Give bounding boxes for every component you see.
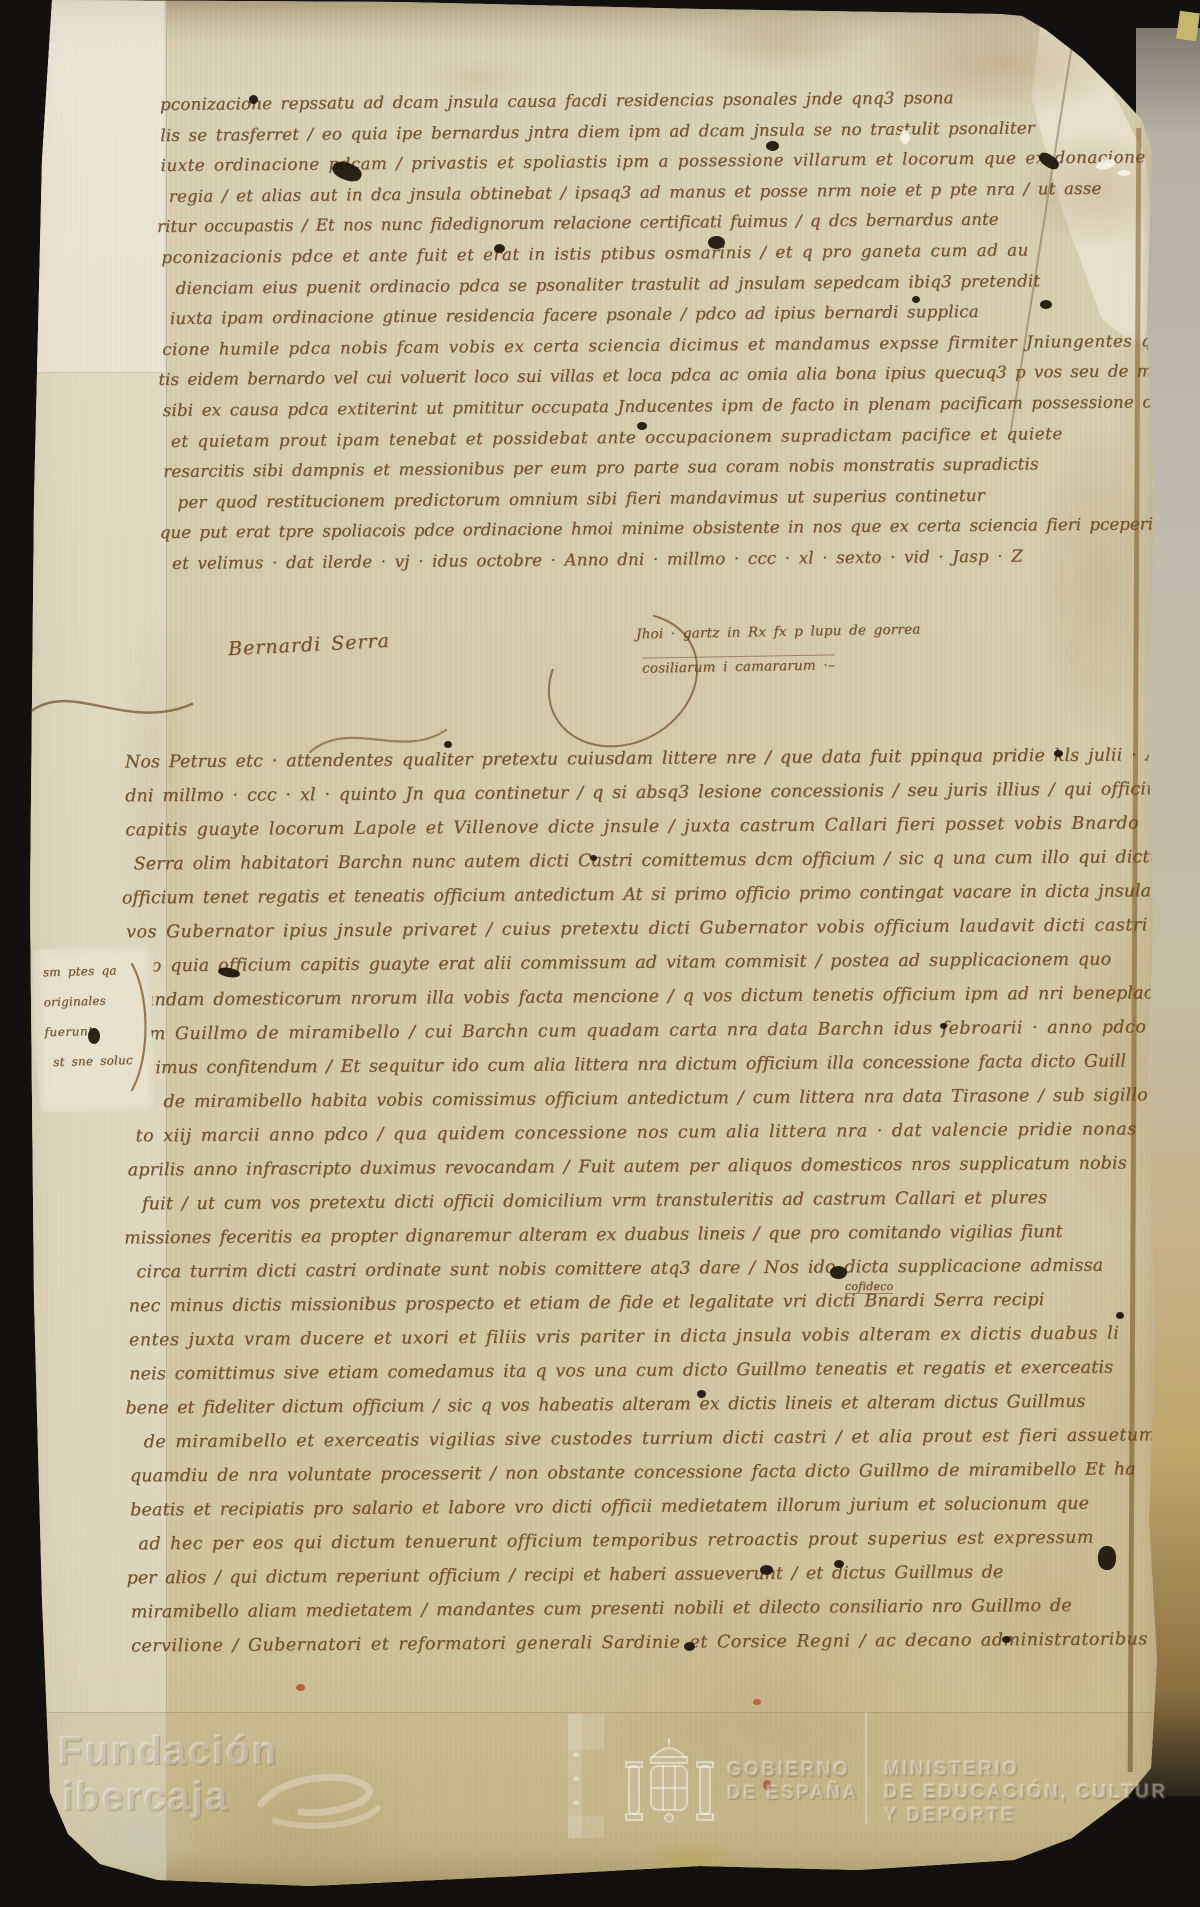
flag-bar-bottom xyxy=(568,1816,604,1838)
ministerio-line3: Y DEPORTE xyxy=(884,1805,1165,1828)
ministerio-line1: MINISTERIO xyxy=(884,1758,1165,1781)
fore-edge-sliver xyxy=(1176,11,1200,42)
star-icon: ✶ xyxy=(571,1748,581,1762)
star-icon: ✶ xyxy=(571,1796,581,1810)
manuscript-photo: pconizacione repssatu ad dcam jnsula cau… xyxy=(0,0,1200,1907)
watermark-fundacion-line1: Fundación xyxy=(58,1728,278,1774)
watermark-ministerio: MINISTERIO DE EDUCACIÓN, CULTURA Y DEPOR… xyxy=(884,1758,1165,1827)
spain-coat-of-arms-icon xyxy=(622,1736,717,1836)
flag-bar-top xyxy=(568,1714,604,1750)
gobierno-line2: DE ESPAÑA xyxy=(727,1782,859,1805)
ibercaja-swirl-icon xyxy=(255,1768,385,1830)
watermark-gobierno: GOBIERNO DE ESPAÑA xyxy=(727,1759,859,1805)
star-icon: ✶ xyxy=(571,1772,581,1786)
ministerio-line2: DE EDUCACIÓN, CULTURA xyxy=(884,1781,1165,1804)
watermark-fundacion-line2: ibercaja xyxy=(62,1774,229,1820)
watermark-divider xyxy=(865,1712,867,1824)
watermark-layer: Fundación ibercaja ✶ ✶ ✶ xyxy=(0,0,1165,1907)
gobierno-line1: GOBIERNO xyxy=(727,1759,859,1782)
